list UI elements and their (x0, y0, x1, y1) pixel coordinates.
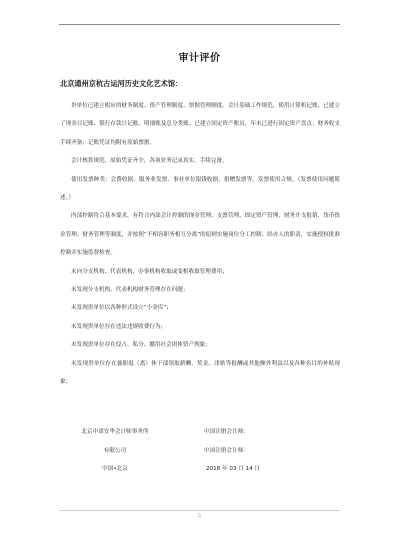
firm-location: 中国•北京 (60, 460, 170, 479)
paragraph-asset-misuse: 未发现贵单位存在侵占、私分、挪用社会团体资产现象； (60, 336, 340, 354)
signature-row: 有限公司 中国注册会计师： (60, 442, 340, 461)
addressee-heading: 北京通州京杭古运河历史文化艺术馆： (60, 78, 182, 90)
page-number: 5 (0, 512, 399, 520)
paragraph-accounting: 会计核算规范，原始凭证齐全，各项业务记录真实，手续完备。 (60, 152, 340, 170)
header-rule (59, 24, 340, 25)
firm-name-line2: 有限公司 (60, 442, 170, 461)
signature-row: 北京中诺宜华会计师事务所 中国注册会计师： (60, 423, 340, 442)
report-date: 2018 年 03 月 14 日 (170, 460, 260, 479)
paragraph-management-fees: 未向分支机构、代表机构、办事机构收取或变相收取管理费用； (60, 263, 340, 281)
signature-row: 中国•北京 2018 年 03 月 14 日 (60, 460, 340, 479)
paragraph-illegal-fees: 未发现贵单位存在违法违规收费行为； (60, 318, 340, 336)
paragraph-slush-fund: 未发现贵单位以各种形式设立“小金库”； (60, 299, 340, 317)
paragraph-invoices: 使用发票种类：会费收据、服务业发票、事业单位银钱收据、捐赠发票等。发票使用合规。… (60, 171, 340, 208)
body-text: 贵单位已建立相应的财务制度、资产管理制度、票据管理制度。会计基础工作规范，使用计… (60, 97, 340, 392)
paragraph-internal-control: 内部控制符合基本要求，有符合内部会计控制的现金管理、支票管理、固定资产管理、财务… (60, 207, 340, 262)
document-title: 审计评价 (0, 52, 399, 66)
firm-name-line1: 北京中诺宜华会计师事务所 (60, 423, 170, 442)
paragraph-retiree-pay: 未发现贵单位存在兼职退（离）休干部领取薪酬、奖金、津贴等报酬或其他额外利益以及各… (60, 355, 340, 392)
footer-rule (59, 510, 340, 511)
cpa-label-1: 中国注册会计师： (170, 423, 249, 442)
signature-block: 北京中诺宜华会计师事务所 中国注册会计师： 有限公司 中国注册会计师： 中国•北… (60, 423, 340, 479)
cpa-label-2: 中国注册会计师： (170, 442, 249, 461)
paragraph-systems: 贵单位已建立相应的财务制度、资产管理制度、票据管理制度。会计基础工作规范，使用计… (60, 97, 340, 152)
paragraph-branch-finance: 未发现分支机构、代表机构财务管理存在问题； (60, 281, 340, 299)
